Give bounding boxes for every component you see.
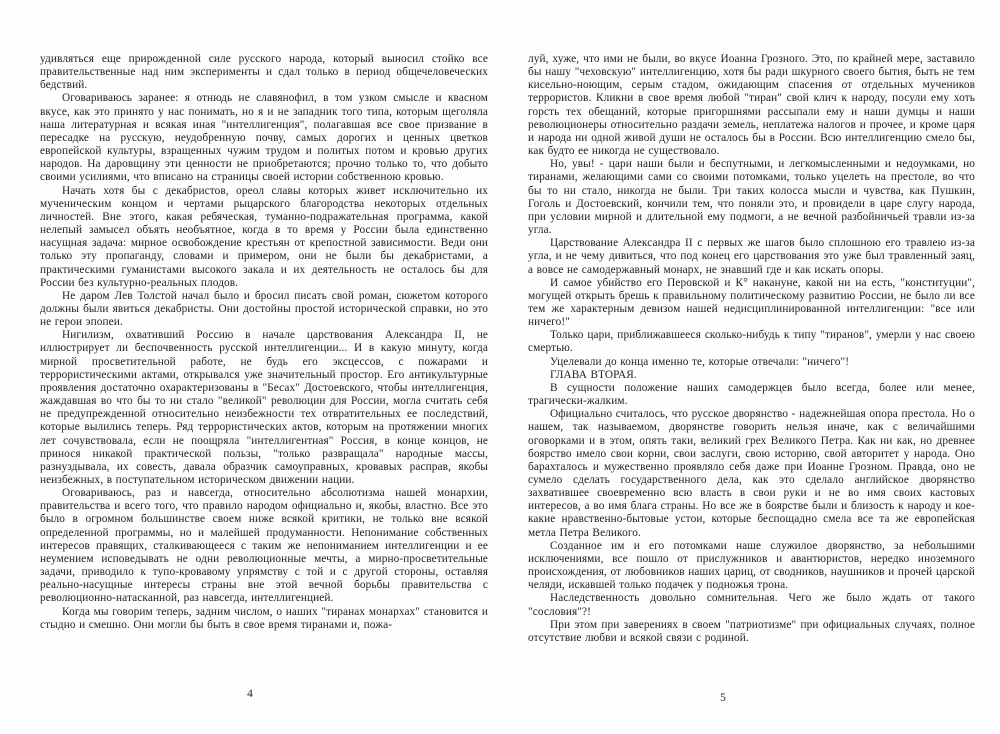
page-number: 4 [40,688,460,700]
paragraph: Уцелевали до конца именно те, которые от… [528,356,975,369]
paragraph: И самое убийство его Перовской и К° нака… [528,277,975,330]
paragraph: Созданное им и его потомками наше служил… [528,540,975,593]
paragraph: Оговариваюсь, раз и навсегда, относитель… [40,487,488,605]
paragraph: Начать хотя бы с декабристов, ореол слав… [40,185,488,290]
left-page: удивляться еще прирожденной силе русског… [40,53,488,632]
paragraph: удивляться еще прирожденной силе русског… [40,53,488,92]
page-number: 5 [528,692,918,704]
paragraph: Не даром Лев Толстой начал было и бросил… [40,290,488,329]
paragraph: Нигилизм, охвативший Россию в начале цар… [40,329,488,487]
paragraph: Царствование Александра II с первых же ш… [528,237,975,276]
chapter-heading: ГЛАВА ВТОРАЯ. [528,369,975,382]
paragraph: Официально считалось, что русское дворян… [528,408,975,540]
paragraph: луй, хуже, что ими не были, во вкусе Иоа… [528,53,975,158]
paragraph: Оговариваюсь заранее: я отнюдь не славян… [40,92,488,184]
paragraph: При этом при заверениях в своем "патриот… [528,619,975,645]
paragraph: Только цари, приближавшееся сколько-нибу… [528,329,975,355]
paragraph: В сущности положение наших самодержцев б… [528,382,975,408]
paragraph: Наследственность довольно сомнительная. … [528,592,975,618]
paragraph: Но, увы! - цари наши были и беспутными, … [528,158,975,237]
book-spread: удивляться еще прирожденной силе русског… [0,0,1000,734]
paragraph: Когда мы говорим теперь, задним числом, … [40,606,488,632]
right-page: луй, хуже, что ими не были, во вкусе Иоа… [528,53,975,645]
